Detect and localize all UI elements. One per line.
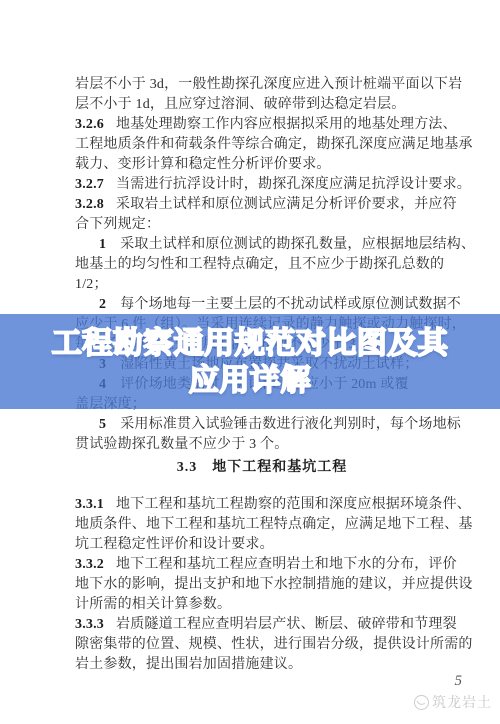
watermark: 筑龙岩土 bbox=[414, 692, 492, 712]
title-banner: 工程勘察通用规范对比图及其 应用详解 bbox=[0, 314, 500, 409]
zhulong-logo-icon bbox=[414, 695, 429, 710]
text-line: 工程地质条件和荷载条件等综合确定，勘探孔深度应满足地基承 bbox=[75, 135, 449, 155]
text-line: 隙密集带的位置、规模、性状，进行围岩分级，提供设计所需的 bbox=[75, 635, 449, 655]
clause-number: 3.2.7 bbox=[75, 177, 104, 192]
clause-number: 5 bbox=[99, 417, 106, 432]
banner-title-line2: 应用详解 bbox=[189, 362, 311, 399]
text-line: 计所需的相关计算参数。 bbox=[75, 595, 449, 615]
watermark-text: 筑龙岩土 bbox=[432, 692, 492, 712]
text-line: 合下列规定： bbox=[75, 215, 449, 235]
clause-number: 3.2.8 bbox=[75, 197, 104, 212]
text-line: 层不小于 1d，且应穿过溶洞、破碎带到达稳定岩层。 bbox=[75, 95, 449, 115]
text-line: 地质条件、地下工程和基坑工程特点确定，应满足地下工程、基 bbox=[75, 515, 449, 535]
text-line: 岩层不小于 3d，一般性勘探孔深度应进入预计桩端平面以下岩 bbox=[75, 75, 449, 95]
clause-number: 3.3.1 bbox=[75, 497, 104, 512]
text-line: 地基土的均匀性和工程特点确定，且不应少于勘探孔总数的 bbox=[75, 255, 449, 275]
section-heading: 3.3 地下工程和基坑工程 bbox=[75, 458, 449, 478]
text-line: 1/2； bbox=[75, 275, 449, 295]
clause-number: 3.3.2 bbox=[75, 557, 104, 572]
clause-number: 3.2.6 bbox=[75, 117, 104, 132]
text-line: 地下水的影响，提出支护和地下水控制措施的建议，并应提供设 bbox=[75, 575, 449, 595]
clause-number: 3.3.3 bbox=[75, 617, 104, 632]
text-line: 1采取土试样和原位测试的勘探孔数量，应根据地层结构、 bbox=[75, 235, 449, 255]
text-line: 贯试验勘探孔数量不应少于 3 个。 bbox=[75, 435, 449, 455]
clause-number: 1 bbox=[99, 237, 106, 252]
text-line: 岩土参数，提出围岩加固措施建议。 bbox=[75, 655, 449, 675]
text-line: 3.2.7当需进行抗浮设计时，勘探孔深度应满足抗浮设计要求。 bbox=[75, 175, 449, 195]
text-line: 3.3.1地下工程和基坑工程勘察的范围和深度应根据环境条件、 bbox=[75, 495, 449, 515]
text-line: 坑工程稳定性评价和设计要求。 bbox=[75, 535, 449, 555]
scanned-document-page: 岩层不小于 3d，一般性勘探孔深度应进入预计桩端平面以下岩层不小于 1d，且应穿… bbox=[0, 0, 500, 724]
text-line: 3.2.6地基处理勘察工作内容应根据拟采用的地基处理方法、 bbox=[75, 115, 449, 135]
page-number: 5 bbox=[455, 673, 463, 690]
text-line: 载力、变形计算和稳定性分析评价要求。 bbox=[75, 155, 449, 175]
banner-title-line1: 工程勘察通用规范对比图及其 bbox=[52, 325, 449, 362]
text-line: 5采用标准贯入试验锤击数进行液化判别时，每个场地标 bbox=[75, 415, 449, 435]
text-line: 3.3.2地下工程和基坑工程应查明岩土和地下水的分布，评价 bbox=[75, 555, 449, 575]
text-line: 3.2.8采取岩土试样和原位测试应满足分析评价要求，并应符 bbox=[75, 195, 449, 215]
text-line: 2每个场地每一主要土层的不扰动试样或原位测试数据不 bbox=[75, 295, 449, 315]
clause-number: 2 bbox=[99, 297, 106, 312]
text-line: 3.3.3岩质隧道工程应查明岩层产状、断层、破碎带和节理裂 bbox=[75, 615, 449, 635]
